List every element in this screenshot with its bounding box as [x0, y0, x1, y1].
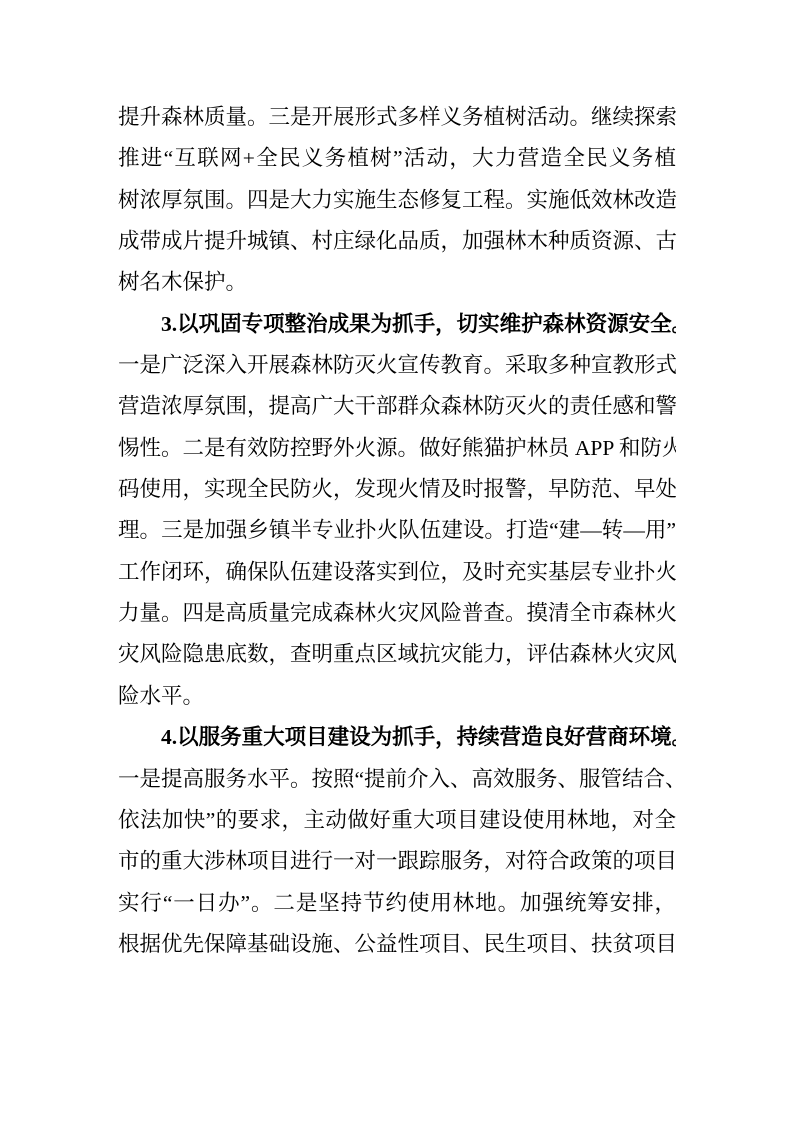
text-line-21: 根据优先保障基础设施、公益性项目、民生项目、扶贫项目: [118, 924, 676, 965]
text-line-4: 成带成片提升城镇、村庄绿化品质，加强林木种质资源、古: [118, 221, 676, 262]
text-line-3: 树浓厚氛围。四是大力实施生态修复工程。实施低效林改造，: [118, 180, 676, 221]
text-line-1: 提升森林质量。三是开展形式多样义务植树活动。继续探索: [118, 97, 676, 138]
heading-item-3: 3.以巩固专项整治成果为抓手，切实维护森林资源安全。: [118, 304, 676, 345]
text-line-9: 惕性。二是有效防控野外火源。做好熊猫护林员 APP 和防火: [118, 428, 676, 469]
text-line-14: 灾风险隐患底数，查明重点区域抗灾能力，评估森林火灾风: [118, 634, 676, 675]
text-line-20: 实行“一日办”。二是坚持节约使用林地。加强统筹安排，: [118, 883, 676, 924]
text-line-8: 营造浓厚氛围，提高广大干部群众森林防灭火的责任感和警: [118, 386, 676, 427]
text-line-11: 理。三是加强乡镇半专业扑火队伍建设。打造“建—转—用”: [118, 510, 676, 551]
text-line-13: 力量。四是高质量完成森林火灾风险普查。摸清全市森林火: [118, 593, 676, 634]
text-line-15: 险水平。: [118, 676, 676, 717]
text-line-7: 一是广泛深入开展森林防灭火宣传教育。采取多种宣教形式，: [118, 345, 676, 386]
text-line-19: 市的重大涉林项目进行一对一跟踪服务，对符合政策的项目: [118, 841, 676, 882]
text-line-2: 推进“互联网+全民义务植树”活动，大力营造全民义务植: [118, 138, 676, 179]
text-line-12: 工作闭环，确保队伍建设落实到位，及时充实基层专业扑火: [118, 552, 676, 593]
text-line-10: 码使用，实现全民防火，发现火情及时报警，早防范、早处: [118, 469, 676, 510]
heading-item-4: 4.以服务重大项目建设为抓手，持续营造良好营商环境。: [118, 717, 676, 758]
document-page: 提升森林质量。三是开展形式多样义务植树活动。继续探索 推进“互联网+全民义务植树…: [0, 0, 793, 1122]
text-line-5: 树名木保护。: [118, 262, 676, 303]
page-text-block: 提升森林质量。三是开展形式多样义务植树活动。继续探索 推进“互联网+全民义务植树…: [118, 97, 676, 965]
text-line-17: 一是提高服务水平。按照“提前介入、高效服务、服管结合、: [118, 759, 676, 800]
text-line-18: 依法加快”的要求，主动做好重大项目建设使用林地，对全: [118, 800, 676, 841]
